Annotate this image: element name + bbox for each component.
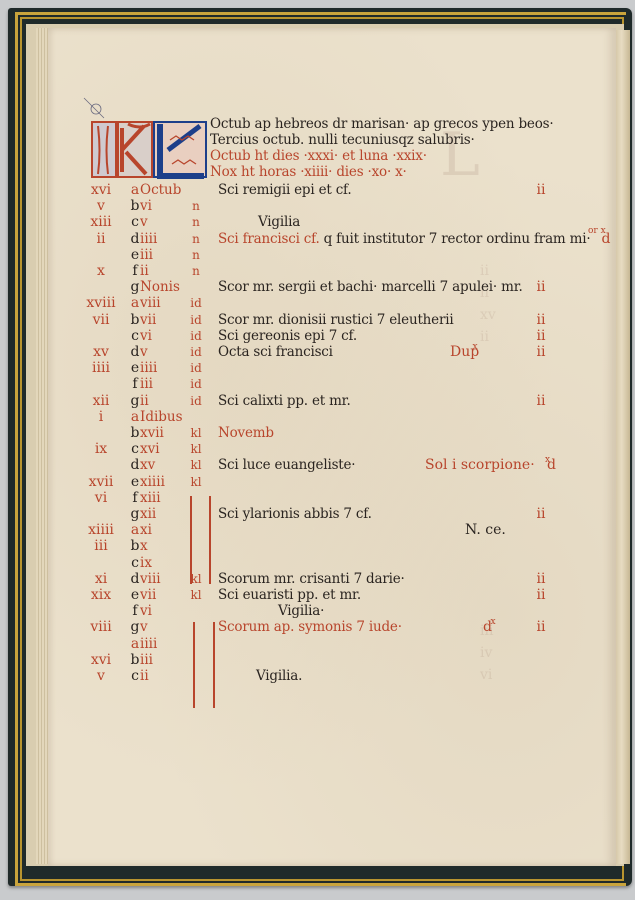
golden-number: xiiii [84, 522, 118, 538]
reckoning-mark: id [184, 344, 208, 360]
reckoning-mark: kl [184, 474, 208, 490]
golden-number: xv [84, 344, 118, 360]
reckoning-mark: id [184, 360, 208, 376]
feast-rubric: Sci francisci cf. [218, 231, 320, 247]
red-rule-left-1 [190, 496, 192, 584]
feast-text: Scor mr. dionisii rustici 7 eleutherii [218, 312, 453, 328]
golden-number: xvii [84, 474, 118, 490]
feast-grade: ii [533, 619, 549, 635]
roman-day: ii [140, 263, 180, 279]
feast-text: Novemb [218, 425, 274, 441]
golden-number: vi [84, 490, 118, 506]
feast-text: Scor mr. sergii et bachi· marcelli 7 apu… [218, 279, 523, 295]
reckoning-mark: n [184, 214, 208, 230]
kl-initial-icon [88, 120, 210, 180]
roman-day: Octub [140, 182, 180, 198]
golden-number: iiii [84, 360, 118, 376]
golden-number: ix [84, 441, 118, 457]
reckoning-mark: id [184, 295, 208, 311]
roman-day: vi [140, 328, 180, 344]
reckoning-mark: id [184, 328, 208, 344]
red-rule-left-2 [193, 622, 195, 708]
roman-day: xv [140, 457, 180, 473]
golden-number: xiii [84, 214, 118, 230]
roman-day: xii [140, 506, 180, 522]
roman-day: v [140, 214, 180, 230]
golden-number: xix [84, 587, 118, 603]
fore-edge [616, 30, 630, 864]
roman-day: v [140, 619, 180, 635]
golden-number: viii [84, 619, 118, 635]
roman-day: v [140, 344, 180, 360]
feast-text: Sci remigii epi et cf. [218, 182, 351, 198]
roman-day: xvii [140, 425, 180, 441]
feast-text: Sci ylarionis abbis 7 cf. [218, 506, 372, 522]
roman-day: xi [140, 522, 180, 538]
roman-day: Nonis [140, 279, 180, 295]
roman-day: iii [140, 376, 180, 392]
feast-grade: ii [533, 312, 549, 328]
reckoning-mark: id [184, 376, 208, 392]
roman-day: vii [140, 312, 180, 328]
golden-number: x [84, 263, 118, 279]
reckoning-mark: n [184, 198, 208, 214]
golden-number: xvi [84, 182, 118, 198]
red-rule-right-2 [213, 622, 215, 708]
feast-grade: ii [533, 279, 549, 295]
header-line-4: Nox ht horas ·xiiii· dies ·xo· x· [210, 164, 407, 180]
roman-day: vi [140, 198, 180, 214]
reckoning-mark: kl [184, 587, 208, 603]
red-rule-right-1 [209, 496, 211, 584]
feast-grade: ii [533, 393, 549, 409]
reckoning-mark: id [184, 312, 208, 328]
pen-trial-doodle-icon [82, 96, 106, 120]
feast-grade: ii [533, 571, 549, 587]
roman-day: viii [140, 571, 180, 587]
golden-number: xii [84, 393, 118, 409]
feast-text: Vigilia [258, 214, 300, 230]
feast-text: Sci gereonis epi 7 cf. [218, 328, 357, 344]
golden-number: ii [84, 231, 118, 247]
golden-number: vii [84, 312, 118, 328]
margin-note: Sol i scorpione· [425, 457, 535, 473]
note-superscript: x [473, 339, 478, 355]
roman-day: ii [140, 668, 180, 684]
feast-text: Octa sci francisci [218, 344, 333, 360]
reckoning-mark: n [184, 247, 208, 263]
header-line-3: Octub ht dies ·xxxi· et luna ·xxix· [210, 148, 427, 164]
roman-day: iiii [140, 231, 180, 247]
roman-day: ii [140, 393, 180, 409]
roman-day: iiii [140, 636, 180, 652]
golden-number: xi [84, 571, 118, 587]
note-superscript: x [491, 614, 496, 630]
feast-grade: ii [533, 182, 549, 198]
roman-day: ix [140, 555, 180, 571]
feast-grade: ii [533, 328, 549, 344]
page-gutter-edges [36, 28, 48, 864]
roman-day: vi [140, 603, 180, 619]
roman-day: vii [140, 587, 180, 603]
roman-day: iii [140, 247, 180, 263]
feast-grade: ii [533, 344, 549, 360]
grade-superscript: or x [588, 223, 606, 239]
roman-day: xvi [140, 441, 180, 457]
feast-grade: ii [533, 506, 549, 522]
reckoning-mark: kl [184, 457, 208, 473]
feast-grade: ii [533, 587, 549, 603]
golden-number: v [84, 198, 118, 214]
roman-day: iii [140, 652, 180, 668]
golden-number: xviii [84, 295, 118, 311]
feast-text: Vigilia· [278, 603, 324, 619]
feast-text: Scorum mr. crisanti 7 darie· [218, 571, 405, 587]
header-line-1: Octub ap hebreos dr marisan· ap grecos y… [210, 116, 553, 132]
reckoning-mark: n [184, 263, 208, 279]
note-tail: d [547, 457, 556, 473]
feast-text: Sci calixti pp. et mr. [218, 393, 351, 409]
feast-text: Sci francisci cf. q fuit institutor 7 re… [218, 231, 590, 247]
golden-number: v [84, 668, 118, 684]
feast-text-rest: q fuit institutor 7 rector ordinu fram m… [320, 231, 591, 247]
reckoning-mark: kl [184, 425, 208, 441]
roman-day: xiiii [140, 474, 180, 490]
roman-day: iiii [140, 360, 180, 376]
margin-note: N. ce. [465, 522, 506, 538]
header-line-2: Tercius octub. nulli tecuniusqz salubris… [210, 132, 475, 148]
feast-text: Sci euaristi pp. et mr. [218, 587, 361, 603]
reckoning-mark: kl [184, 441, 208, 457]
reckoning-mark: id [184, 393, 208, 409]
roman-day: Idibus [140, 409, 180, 425]
feast-text: Vigilia. [256, 668, 302, 684]
feast-text: Sci luce euangeliste· [218, 457, 355, 473]
roman-day: xiii [140, 490, 180, 506]
reckoning-mark: n [184, 231, 208, 247]
golden-number: i [84, 409, 118, 425]
reckoning-mark: kl [184, 571, 208, 587]
roman-day: x [140, 538, 180, 554]
golden-number: iii [84, 538, 118, 554]
feast-text: Scorum ap. symonis 7 iude· [218, 619, 402, 635]
roman-day: viii [140, 295, 180, 311]
golden-number: xvi [84, 652, 118, 668]
